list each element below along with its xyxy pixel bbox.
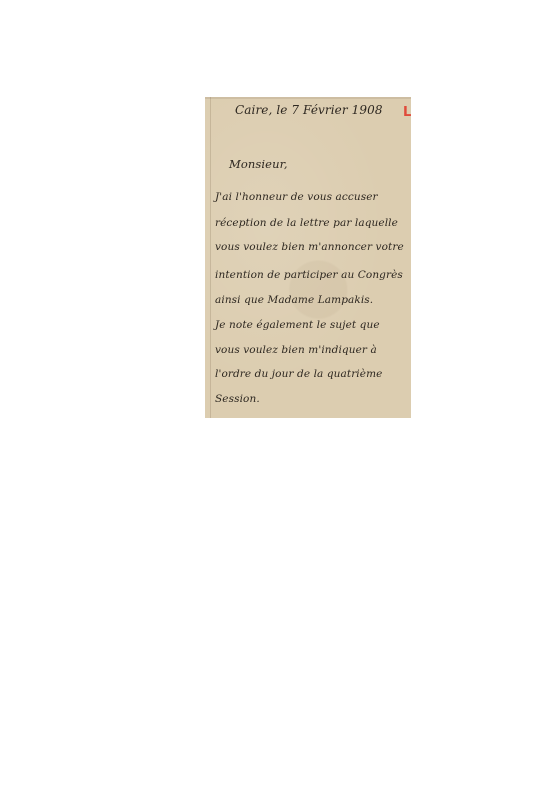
body-line: vous voulez bien m'annoncer votre [215, 241, 404, 253]
letter-page: Caire, le 7 Février 1908 L Monsieur, J'a… [205, 97, 411, 418]
date-line: Caire, le 7 Février 1908 [235, 103, 383, 117]
body-line: Session. [215, 393, 260, 405]
body-line: ainsi que Madame Lampakis. [215, 294, 373, 306]
page-fold [210, 97, 211, 418]
body-line: Je note également le sujet que [215, 319, 380, 331]
body-line: J'ai l'honneur de vous accuser [215, 191, 378, 203]
body-line: vous voulez bien m'indiquer à [215, 344, 377, 356]
annotation-mark: L [403, 105, 411, 120]
body-line: l'ordre du jour de la quatrième [215, 368, 382, 380]
body-line: intention de participer au Congrès [215, 269, 403, 281]
salutation: Monsieur, [229, 157, 288, 171]
body-line: réception de la lettre par laquelle [215, 217, 398, 229]
